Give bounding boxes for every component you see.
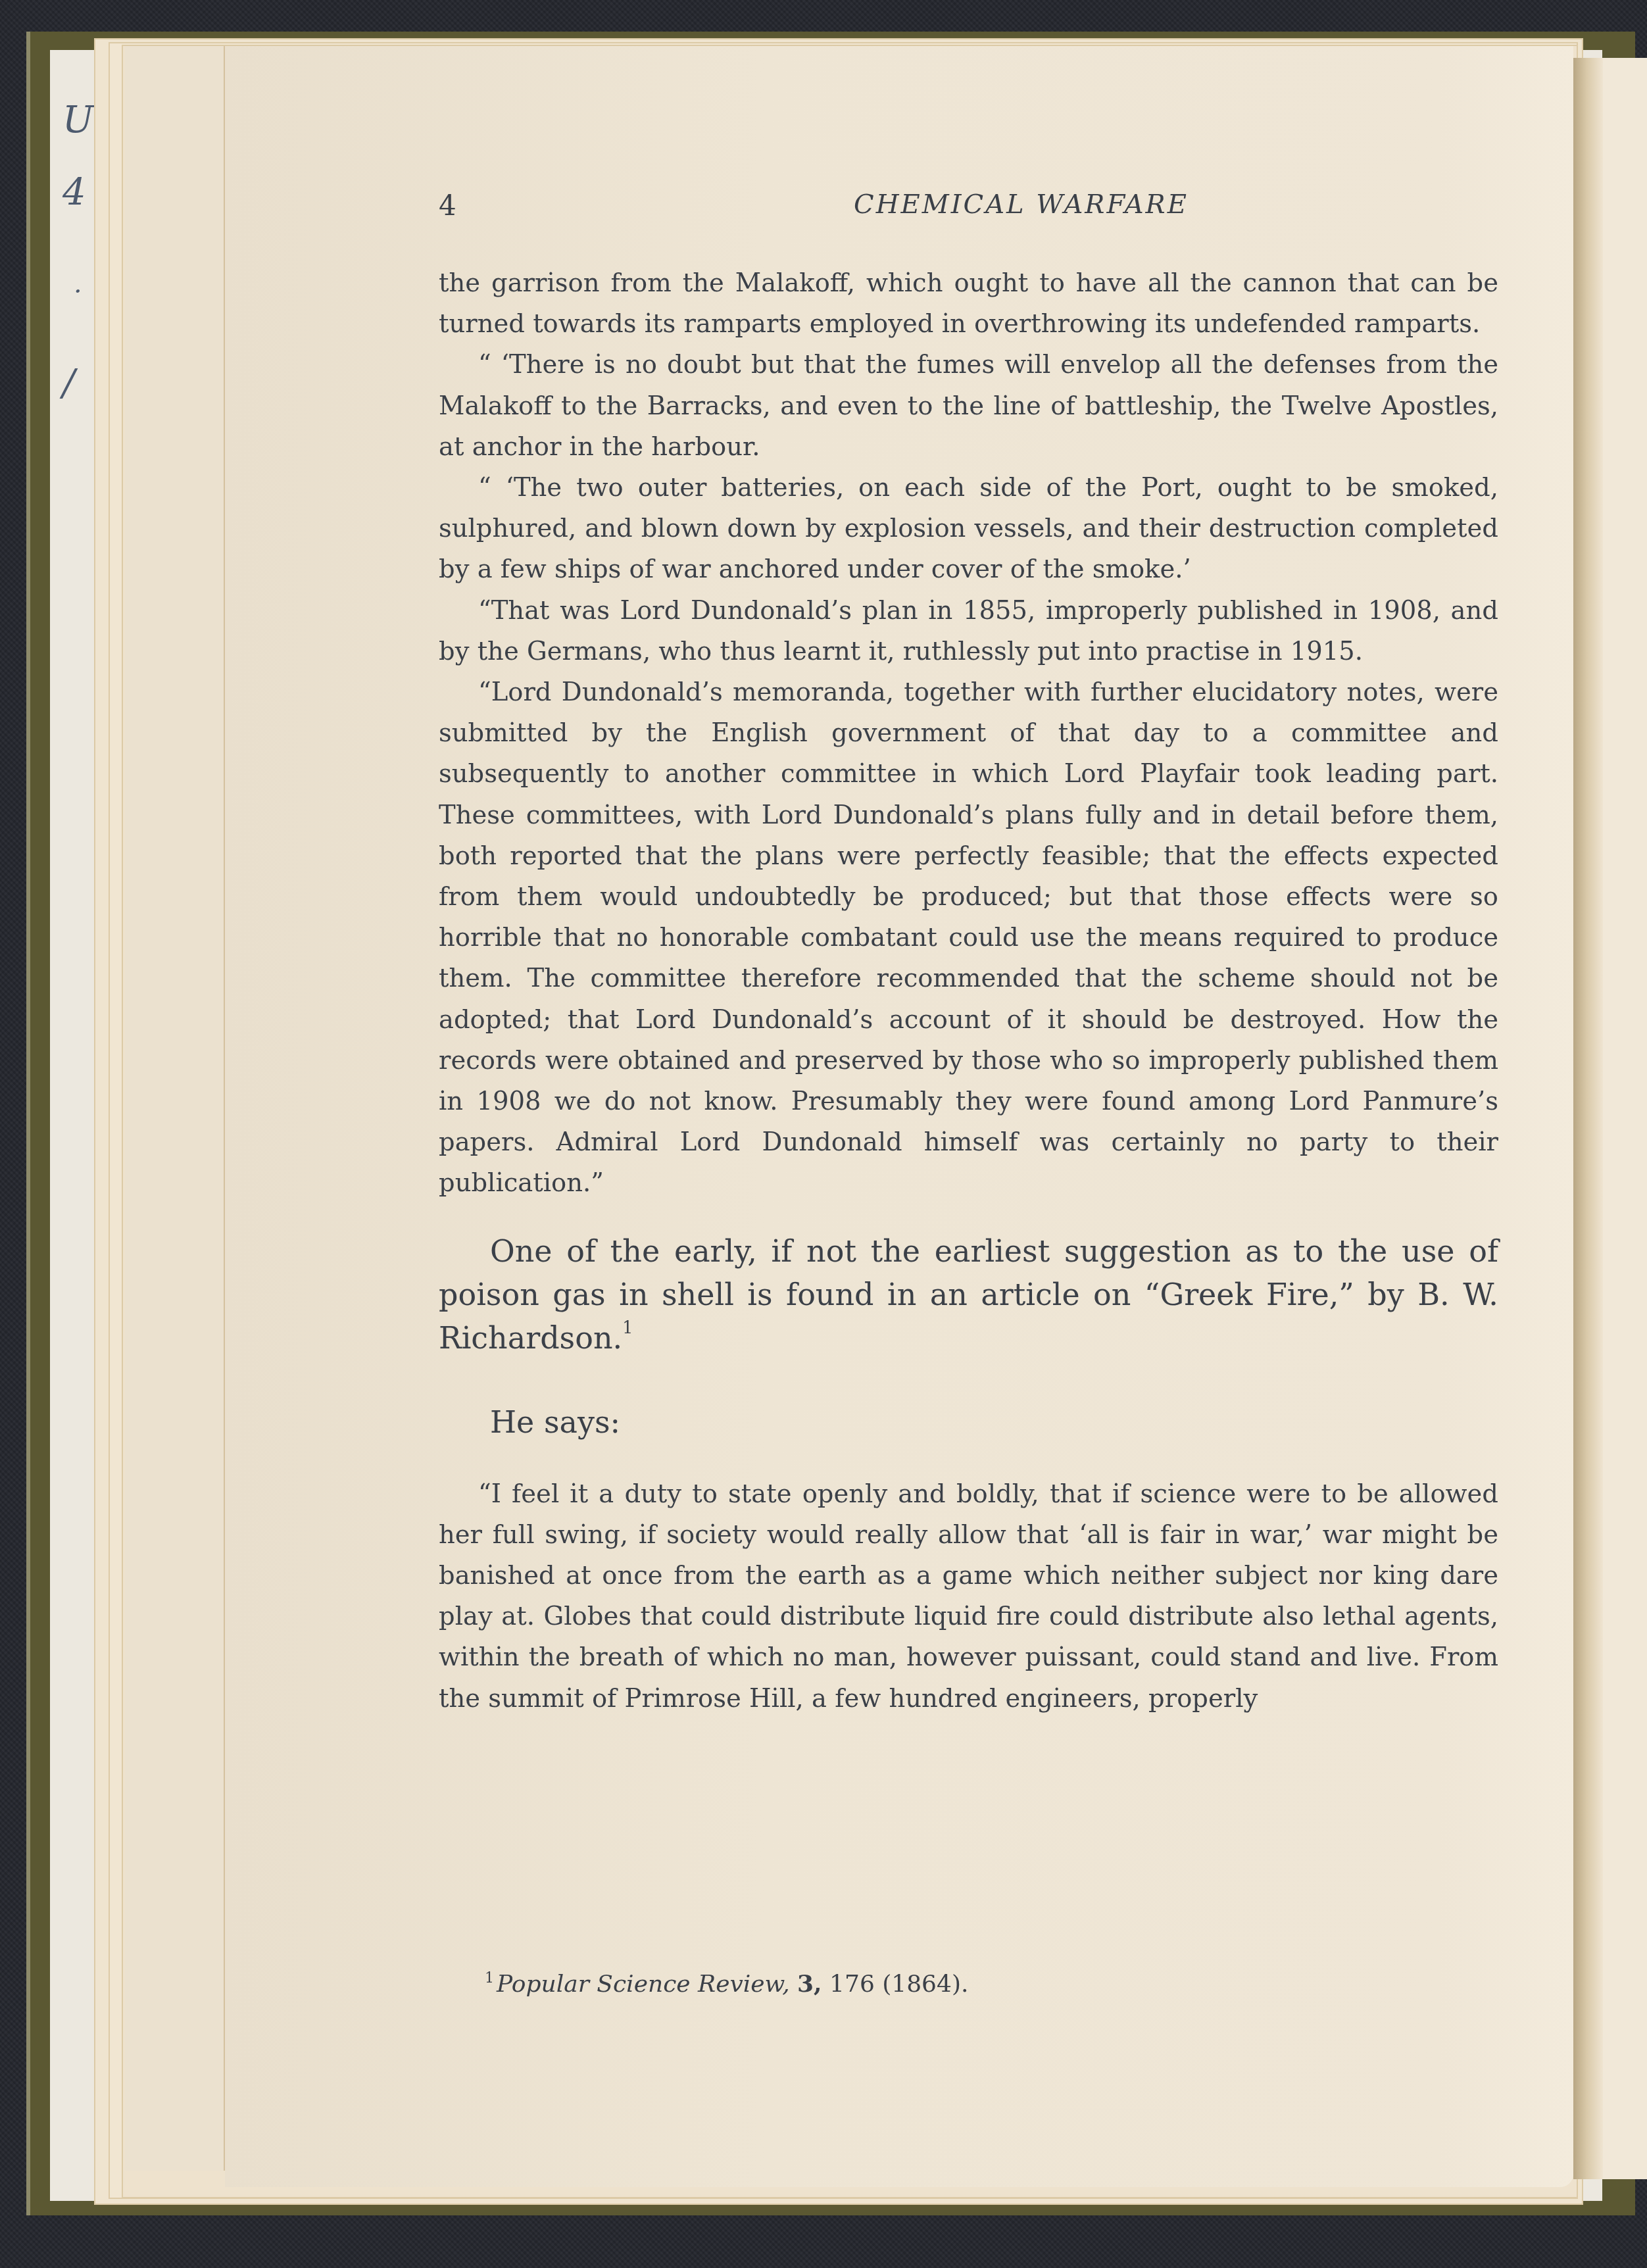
footnote-volume: 3, [797, 1970, 822, 1998]
page-gutter-shadow [1573, 58, 1603, 2179]
margin-handwriting-mark: / [62, 362, 75, 405]
quote-paragraph: “I feel it a duty to state openly and bo… [439, 1474, 1498, 1719]
main-paragraph: One of the early, if not the earliest su… [439, 1229, 1498, 1360]
margin-handwriting-mark: 4 [62, 171, 86, 214]
footnote-reference: 1 [622, 1318, 633, 1337]
paragraph: “That was Lord Dundonald’s plan in 1855,… [439, 591, 1498, 672]
margin-handwriting-mark: · [74, 276, 82, 307]
main-paragraph-text: One of the early, if not the earliest su… [439, 1233, 1498, 1356]
margin-handwriting-mark: U [62, 99, 93, 141]
facing-page-edge [1603, 58, 1647, 2179]
footnote-journal: Popular Science Review, [497, 1971, 790, 1998]
paragraph: “Lord Dundonald’s memoranda, together wi… [439, 672, 1498, 1204]
body-text: the garrison from the Malakoff, which ou… [439, 263, 1498, 1719]
footnote: 1Popular Science Review, 3, 176 (1864). [485, 1970, 968, 1998]
running-title: CHEMICAL WARFARE [439, 189, 1498, 220]
paragraph: the garrison from the Malakoff, which ou… [439, 263, 1498, 345]
footnote-mark: 1 [485, 1970, 494, 1986]
paragraph: “ ‘The two outer batteries, on each side… [439, 468, 1498, 591]
he-says-line: He says: [439, 1400, 1498, 1444]
running-head: 4 CHEMICAL WARFARE [439, 189, 1498, 229]
paragraph: “ ‘There is no doubt but that the fumes … [439, 345, 1498, 468]
previous-page-edge [125, 46, 225, 2171]
footnote-citation: 176 (1864). [822, 1971, 969, 1998]
